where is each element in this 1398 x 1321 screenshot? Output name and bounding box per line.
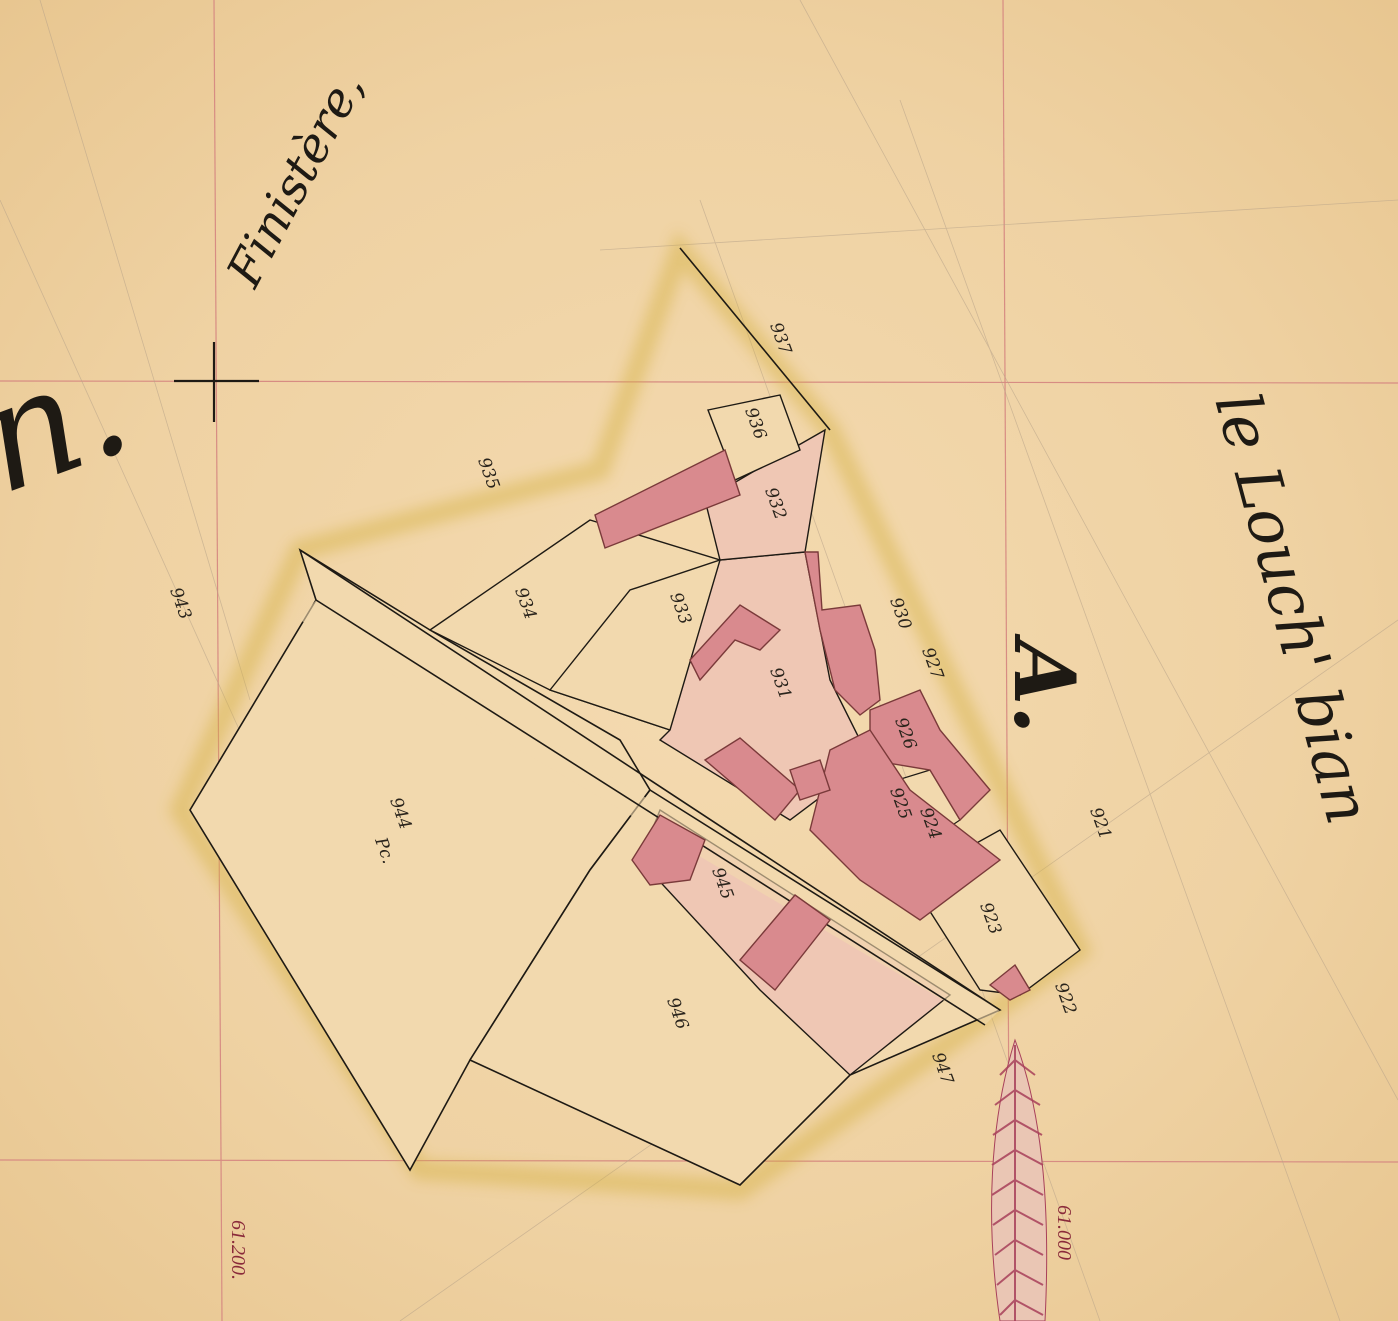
parcel-label-943: 943 — [165, 585, 195, 622]
grid-coord-left: 61.200. — [227, 1220, 249, 1280]
parcel-label-947: 947 — [927, 1050, 957, 1088]
cadastral-map: n. Finistère, le Louch' bian A. 61.200. … — [0, 0, 1398, 1321]
region-label: Finistère, — [216, 63, 376, 297]
stream-hatching-icon — [992, 1040, 1047, 1321]
grid-coord-right: 61.000 — [1053, 1205, 1075, 1260]
commune-name-fragment: n. — [0, 315, 150, 528]
section-letter: A. — [995, 633, 1094, 734]
parcel-label-922: 922 — [1050, 980, 1080, 1017]
locality-label: le Louch' bian — [1201, 385, 1386, 831]
map-canvas: n. Finistère, le Louch' bian A. 61.200. … — [0, 0, 1398, 1321]
parcel-label-935: 935 — [473, 455, 503, 492]
